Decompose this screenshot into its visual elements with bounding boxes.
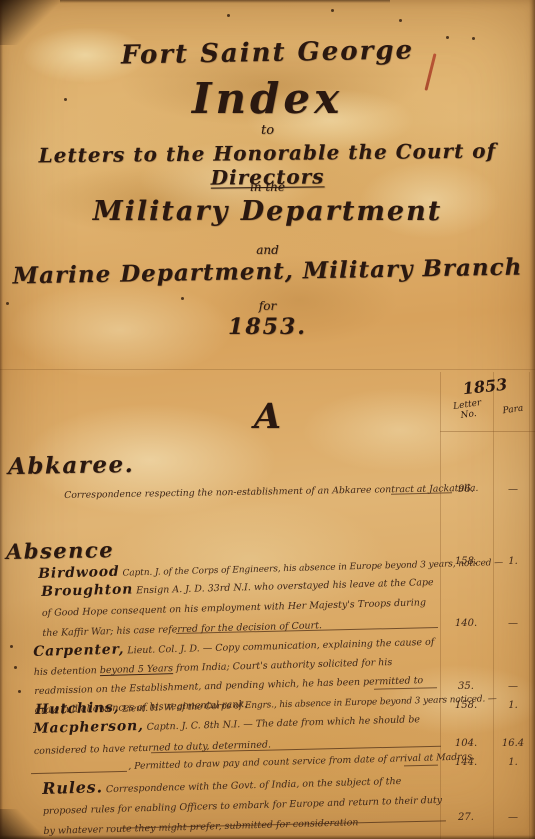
entry-name: Hutchins, (35, 700, 119, 718)
title-to: to (0, 123, 535, 138)
ink-speck (331, 9, 334, 12)
entry-name: Macpherson, (33, 718, 144, 737)
recipient-text: Letters to the Honorable the Court of (38, 139, 496, 168)
letter-no-value: 27. (440, 812, 492, 823)
header-rule (0, 369, 535, 370)
page-edge-left (0, 0, 3, 839)
ink-speck (181, 297, 184, 300)
title-marine-department: Marine Department, Military Branch (0, 253, 535, 289)
entry-name: Broughton (41, 581, 133, 600)
title-for: for (0, 299, 535, 313)
ink-speck (18, 690, 21, 693)
entry-heading-absence: Absence (6, 537, 114, 564)
letter-no-value: 158. (440, 700, 492, 711)
title-year: 1853. (0, 314, 535, 340)
letter-no-value: 140. (440, 618, 492, 629)
title-place: Fort Saint George (0, 33, 535, 72)
para-value: 1. (494, 556, 532, 567)
ink-speck (472, 37, 475, 40)
ink-speck (6, 302, 9, 305)
letter-no-value: 96. (440, 484, 492, 495)
page-edge-bottom-left (0, 809, 50, 839)
entry-text-underlined: beyond 5 Years (100, 663, 174, 676)
para-value: — (494, 618, 532, 629)
page-edge-bottom (0, 835, 535, 839)
ink-speck (14, 666, 17, 669)
entry-heading-abkaree: Abkaree. (8, 451, 135, 480)
column-rule-middle (493, 372, 494, 839)
page-edge-top (60, 0, 390, 3)
para-value: — (494, 812, 532, 823)
letter-no-value: 144. (440, 757, 492, 768)
page-edge-top-left (0, 0, 70, 45)
ink-speck (10, 645, 13, 648)
ditto-blank-line (31, 771, 127, 774)
ink-speck (64, 98, 67, 101)
entry-text: Correspondence respecting the non-establ… (64, 483, 478, 501)
para-value: — (494, 681, 532, 692)
entry-rules: Rules.Correspondence with the Govt. of I… (42, 768, 444, 839)
title-index: Index (0, 74, 535, 123)
section-letter-a: A (0, 396, 535, 437)
para-value: — (494, 484, 532, 495)
para-value: 16.4 (494, 738, 532, 749)
para-value: 1. (494, 757, 532, 768)
title-military-department: Military Department (0, 196, 535, 227)
ink-speck (446, 36, 449, 39)
title-in-the: in the (0, 180, 535, 194)
entry-name: Carpenter, (33, 641, 124, 660)
letter-no-value: 158. (440, 556, 492, 567)
entry-name: Rules. (42, 777, 103, 798)
page-edge-right (529, 0, 535, 839)
document-page: Fort Saint George Index to Letters to th… (0, 0, 535, 839)
ink-speck (399, 19, 402, 22)
para-value: 1. (494, 700, 532, 711)
ink-speck (227, 14, 230, 17)
